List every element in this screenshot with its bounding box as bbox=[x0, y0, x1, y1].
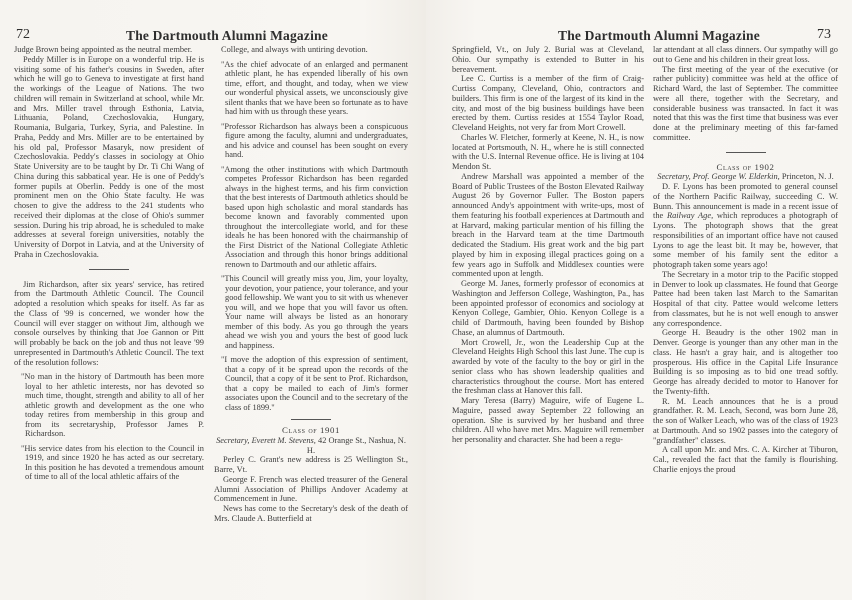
resolution-quote: "As the chief advocate of an enlarged an… bbox=[221, 60, 408, 117]
resolution-quote-continued: College, and always with untiring devoti… bbox=[221, 45, 408, 55]
class-heading: Class of 1901 bbox=[214, 426, 408, 436]
paragraph: Judge Brown being appointed as the neutr… bbox=[14, 45, 204, 55]
paragraph: George M. Janes, formerly professor of e… bbox=[452, 279, 644, 338]
resolution-quote: "His service dates from his election to … bbox=[21, 444, 204, 482]
paragraph: D. F. Lyons has been promoted to general… bbox=[653, 182, 838, 270]
secretary-address: 42 Orange St., Nashua, N. H. bbox=[307, 436, 406, 455]
paragraph: Perley C. Grant's new address is 25 Well… bbox=[214, 455, 408, 475]
paragraph: Mary Teresa (Barry) Maguire, wife of Eug… bbox=[452, 396, 644, 445]
right-column-2: lar attendant at all class dinners. Our … bbox=[653, 45, 838, 475]
paragraph: Springfield, Vt., on July 2. Burial was … bbox=[452, 45, 644, 74]
paragraph: Peddy Miller is in Europe on a wonderful… bbox=[14, 55, 204, 260]
paragraph: Mort Crowell, Jr., won the Leadership Cu… bbox=[452, 338, 644, 397]
class-heading: Class of 1902 bbox=[653, 163, 838, 173]
paragraph: Lee C. Curtiss is a member of the firm o… bbox=[452, 74, 644, 133]
page-number: 72 bbox=[16, 27, 30, 43]
paragraph: George H. Beaudry is the other 1902 man … bbox=[653, 328, 838, 396]
resolution-quote: "Professor Richardson has always been a … bbox=[221, 122, 408, 160]
paragraph: R. M. Leach announces that he is a proud… bbox=[653, 397, 838, 446]
resolution-quote: "This Council will greatly miss you, Jim… bbox=[221, 274, 408, 350]
secretary-label: Secretary, Everett M. Stevens, bbox=[216, 436, 316, 445]
paragraph: A call upon Mr. and Mrs. C. A. Kircher a… bbox=[653, 445, 838, 474]
paragraph: The first meeting of the year of the exe… bbox=[653, 65, 838, 143]
class-secretary: Secretary, Prof. George W. Elderkin, Pri… bbox=[653, 172, 838, 182]
left-column-1: Judge Brown being appointed as the neutr… bbox=[14, 45, 204, 482]
running-head: The Dartmouth Alumni Magazine bbox=[126, 28, 328, 44]
section-divider bbox=[291, 419, 331, 420]
secretary-label: Secretary, Prof. George W. Elderkin, bbox=[657, 172, 780, 181]
left-column-2: College, and always with untiring devoti… bbox=[214, 45, 408, 524]
paragraph: George F. French was elected treasurer o… bbox=[214, 475, 408, 504]
page-number: 73 bbox=[817, 27, 831, 43]
paragraph: News has come to the Secretary's desk of… bbox=[214, 504, 408, 524]
paragraph: Andrew Marshall was appointed a member o… bbox=[452, 172, 644, 279]
class-secretary: Secretary, Everett M. Stevens, 42 Orange… bbox=[214, 436, 408, 456]
section-divider bbox=[726, 152, 766, 153]
section-divider bbox=[89, 269, 129, 270]
secretary-address: Princeton, N. J. bbox=[782, 172, 834, 181]
running-head: The Dartmouth Alumni Magazine bbox=[558, 28, 760, 44]
paragraph: The Secretary in a motor trip to the Pac… bbox=[653, 270, 838, 329]
resolution-quote: "Among the other institutions with which… bbox=[221, 165, 408, 270]
paragraph: Jim Richardson, after six years' service… bbox=[14, 280, 204, 368]
right-page: The Dartmouth Alumni Magazine 73 Springf… bbox=[426, 0, 852, 600]
left-page: 72 The Dartmouth Alumni Magazine Judge B… bbox=[0, 0, 426, 600]
right-column-1: Springfield, Vt., on July 2. Burial was … bbox=[452, 45, 644, 445]
resolution-quote: "No man in the history of Dartmouth has … bbox=[21, 372, 204, 439]
publication-title: Railway Age, bbox=[667, 211, 713, 220]
resolution-quote: "I move the adoption of this expression … bbox=[221, 355, 408, 412]
paragraph: Charles W. Fletcher, formerly at Keene, … bbox=[452, 133, 644, 172]
magazine-spread: 72 The Dartmouth Alumni Magazine Judge B… bbox=[0, 0, 852, 600]
paragraph: lar attendant at all class dinners. Our … bbox=[653, 45, 838, 65]
